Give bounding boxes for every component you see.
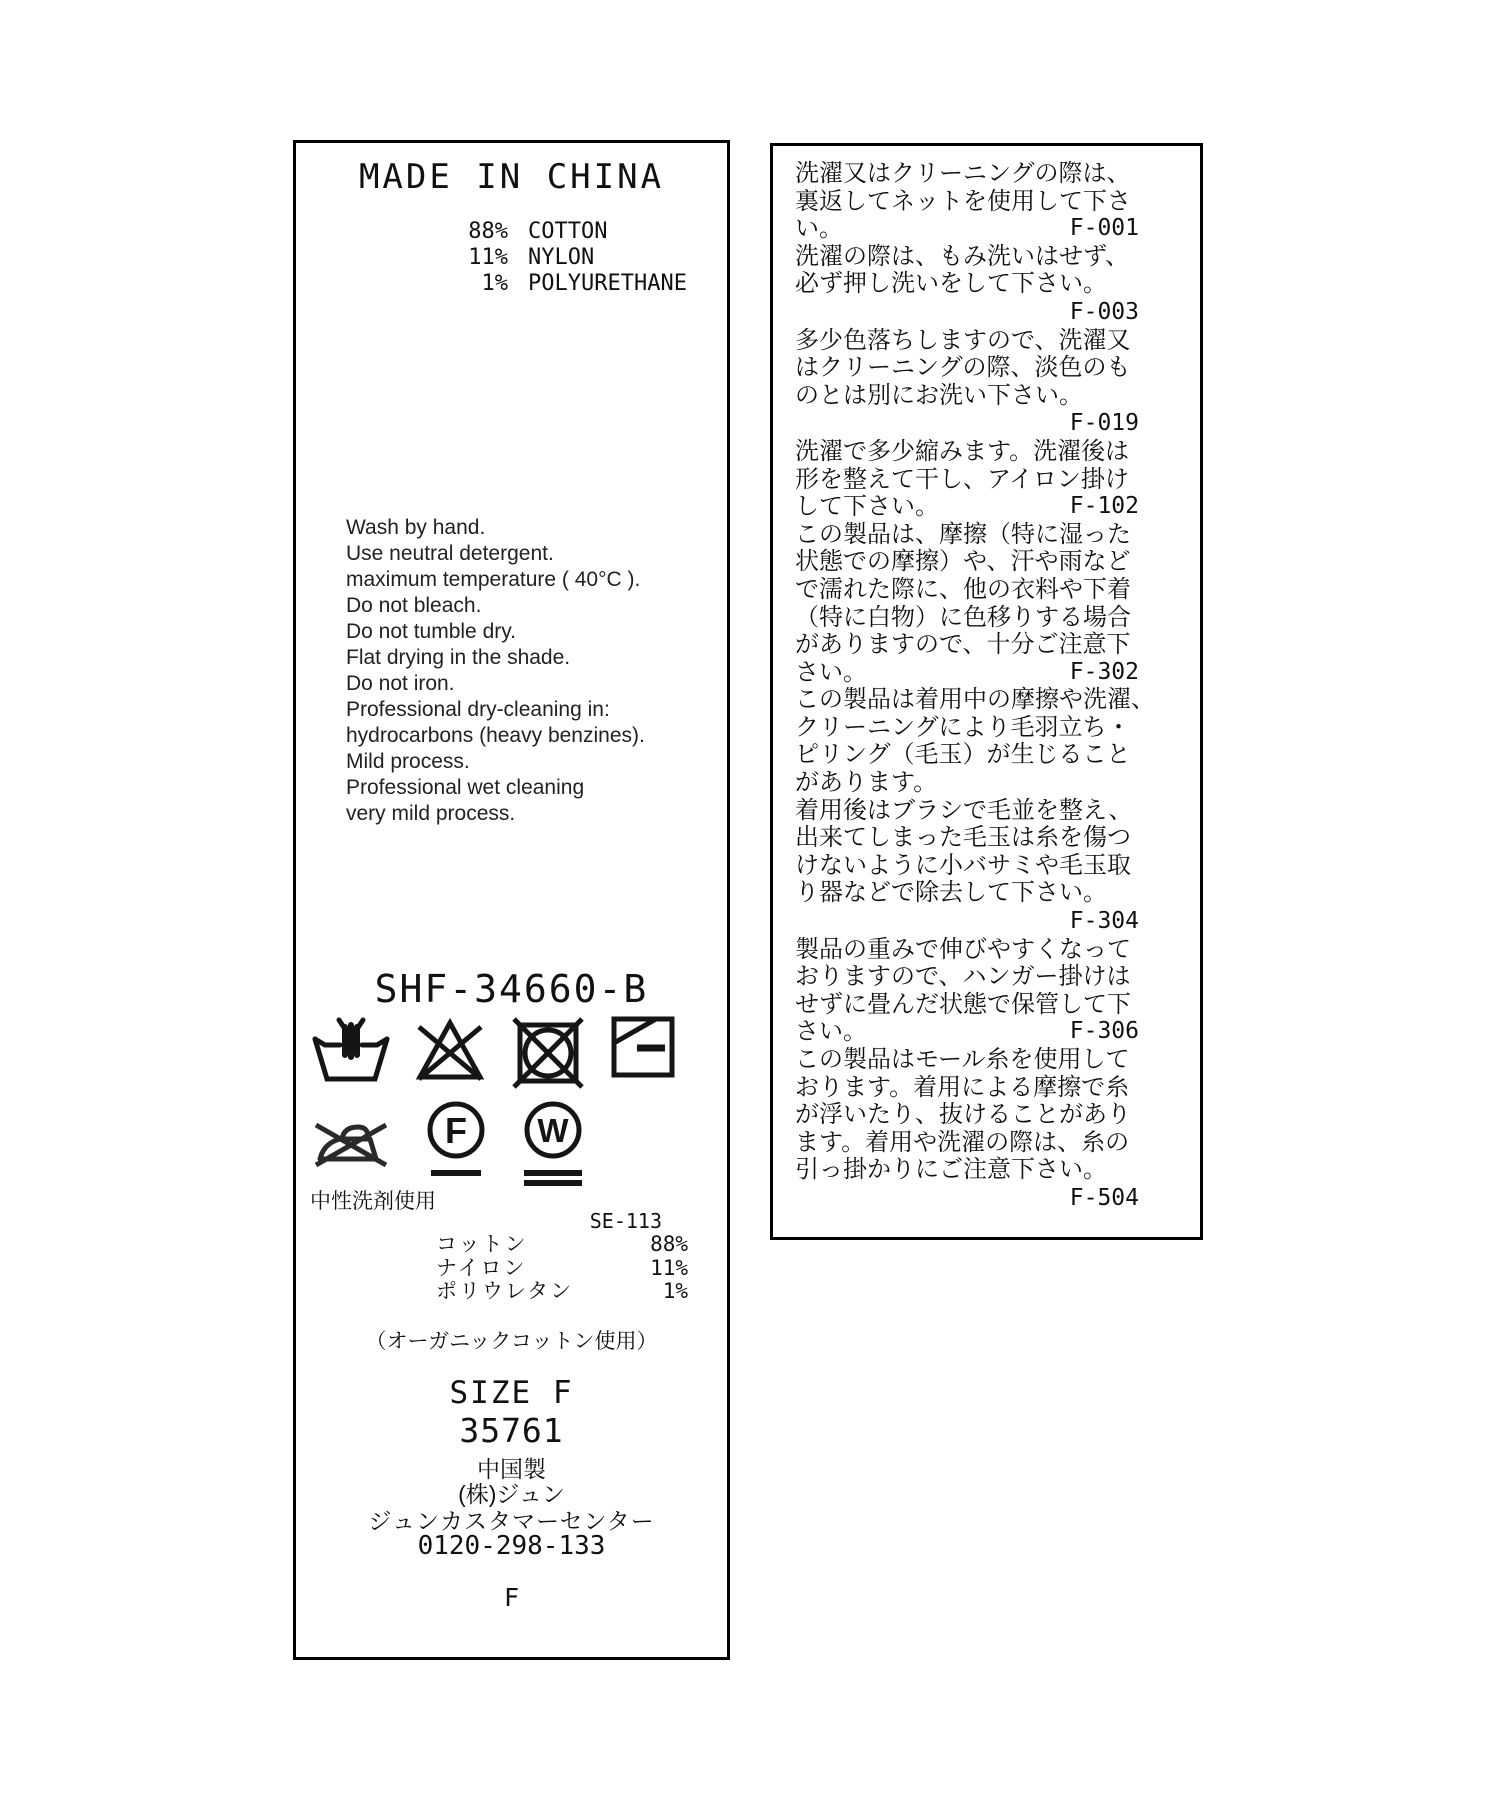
care-note-line: 洗濯の際は、もみ洗いはせず、 bbox=[795, 243, 1139, 271]
dry-flat-in-shade-icon bbox=[610, 1015, 676, 1079]
care-instruction-en-line: Professional wet cleaning bbox=[346, 775, 645, 801]
care-instruction-en-line: Flat drying in the shade. bbox=[346, 645, 645, 671]
care-note-line: けないように小バサミや毛玉取 bbox=[795, 852, 1139, 880]
care-note-line: して下さい。F-102 bbox=[795, 493, 1139, 521]
care-note-code-line: F-019 bbox=[795, 409, 1139, 438]
care-symbols-row-2: F W bbox=[312, 1101, 586, 1191]
composition-jp-row: コットン 88% bbox=[436, 1233, 688, 1257]
care-instruction-en-line: Mild process. bbox=[346, 749, 645, 775]
right-label-panel: 洗濯又はクリーニングの際は、裏返してネットを使用して下さい。F-001洗濯の際は… bbox=[770, 143, 1203, 1240]
care-note-line: がありますので、十分ご注意下 bbox=[795, 631, 1139, 659]
care-note-line: 状態での摩擦）や、汗や雨など bbox=[795, 548, 1139, 576]
organic-cotton-note: （オーガニックコットン使用） bbox=[296, 1325, 727, 1355]
composition-jp-row: ポリウレタン 1% bbox=[436, 1280, 688, 1304]
care-note-line: 多少色落ちしますので、洗濯又 bbox=[795, 327, 1139, 355]
care-note-line: 出来てしまった毛玉は糸を傷つ bbox=[795, 824, 1139, 852]
composition-en-row: 11% NYLON bbox=[296, 245, 727, 271]
care-note-text: して下さい。 bbox=[795, 493, 939, 521]
care-note-line: せずに畳んだ状態で保管して下 bbox=[795, 991, 1139, 1019]
composition-en-row: 1% POLYURETHANE bbox=[296, 271, 727, 297]
care-note-code-line: F-504 bbox=[795, 1184, 1139, 1213]
care-note-code-line: F-304 bbox=[795, 907, 1139, 936]
svg-text:F: F bbox=[445, 1110, 467, 1151]
care-note-line: 形を整えて干し、アイロン掛け bbox=[795, 466, 1139, 494]
composition-name: COTTON bbox=[528, 219, 607, 245]
care-note-code: F-304 bbox=[1070, 908, 1139, 934]
composition-pct: 88% bbox=[296, 219, 508, 245]
dry-clean-F-mild-icon: F bbox=[424, 1101, 488, 1183]
care-symbols-row-1 bbox=[312, 1015, 676, 1091]
care-note-line: り器などで除去して下さい。 bbox=[795, 879, 1139, 907]
care-instruction-en-line: Do not iron. bbox=[346, 671, 645, 697]
composition-pct: 1% bbox=[663, 1280, 688, 1304]
care-note-line: 洗濯又はクリーニングの際は、 bbox=[795, 160, 1139, 188]
hand-wash-icon bbox=[312, 1015, 390, 1085]
composition-name: ポリウレタン bbox=[436, 1280, 573, 1304]
care-label-scan: MADE IN CHINA 88% COTTON 11% NYLON 1% PO… bbox=[0, 0, 1500, 1800]
care-notes-jp: 洗濯又はクリーニングの際は、裏返してネットを使用して下さい。F-001洗濯の際は… bbox=[795, 160, 1139, 1213]
care-note-text: さい。 bbox=[795, 1018, 867, 1046]
care-note-line: おります。着用による摩擦で糸 bbox=[795, 1074, 1139, 1102]
care-note-line: この製品は着用中の摩擦や洗濯、 bbox=[795, 686, 1139, 714]
care-instruction-en-line: very mild process. bbox=[346, 801, 645, 827]
care-note-code: F-001 bbox=[1070, 215, 1139, 243]
composition-pct: 11% bbox=[296, 245, 508, 271]
care-note-line: 必ず押し洗いをして下さい。 bbox=[795, 270, 1139, 298]
se-code: SE-113 bbox=[296, 1209, 662, 1233]
size-label: SIZE F bbox=[296, 1375, 727, 1411]
care-instruction-en-line: Use neutral detergent. bbox=[346, 541, 645, 567]
composition-en-row: 88% COTTON bbox=[296, 219, 727, 245]
care-note-line: ます。着用や洗濯の際は、糸の bbox=[795, 1129, 1139, 1157]
care-instruction-en-line: Do not bleach. bbox=[346, 593, 645, 619]
composition-pct: 11% bbox=[650, 1257, 688, 1281]
care-note-line: この製品はモール糸を使用して bbox=[795, 1046, 1139, 1074]
care-note-line: （特に白物）に色移りする場合 bbox=[795, 604, 1139, 632]
care-note-line: クリーニングにより毛羽立ち・ bbox=[795, 714, 1139, 742]
care-note-code: F-306 bbox=[1070, 1018, 1139, 1046]
composition-name: ナイロン bbox=[436, 1257, 527, 1281]
care-note-code: F-019 bbox=[1070, 410, 1139, 436]
care-note-code: F-102 bbox=[1070, 493, 1139, 521]
care-note-line: はクリーニングの際、淡色のも bbox=[795, 354, 1139, 382]
do-not-bleach-icon bbox=[414, 1015, 486, 1085]
care-note-line: があります。 bbox=[795, 769, 1139, 797]
care-note-code: F-003 bbox=[1070, 299, 1139, 325]
care-note-line: 洗濯で多少縮みます。洗濯後は bbox=[795, 438, 1139, 466]
care-instruction-en-line: Wash by hand. bbox=[346, 515, 645, 541]
composition-name: NYLON bbox=[528, 245, 594, 271]
care-note-line: さい。F-306 bbox=[795, 1018, 1139, 1046]
care-note-code: F-302 bbox=[1070, 659, 1139, 687]
composition-jp-row: ナイロン 11% bbox=[436, 1257, 688, 1281]
composition-pct: 88% bbox=[650, 1233, 688, 1257]
composition-name: コットン bbox=[436, 1233, 528, 1257]
care-note-line: 引っ掛かりにご注意下さい。 bbox=[795, 1156, 1139, 1184]
care-note-code-line: F-003 bbox=[795, 298, 1139, 327]
care-note-text: い。 bbox=[795, 215, 843, 243]
care-note-code: F-504 bbox=[1070, 1185, 1139, 1211]
item-number: 35761 bbox=[296, 1411, 727, 1450]
care-note-line: おりますので、ハンガー掛けは bbox=[795, 963, 1139, 991]
care-note-line: 製品の重みで伸びやすくなって bbox=[795, 936, 1139, 964]
footer-letter: F bbox=[296, 1583, 727, 1612]
care-note-line: さい。F-302 bbox=[795, 659, 1139, 687]
care-note-text: さい。 bbox=[795, 659, 867, 687]
care-note-line: い。F-001 bbox=[795, 215, 1139, 243]
care-instruction-en-line: Professional dry-cleaning in: bbox=[346, 697, 645, 723]
composition-name: POLYURETHANE bbox=[528, 271, 687, 297]
wet-clean-W-very-mild-icon: W bbox=[520, 1101, 586, 1191]
composition-pct: 1% bbox=[296, 271, 508, 297]
care-note-line: が浮いたり、抜けることがあり bbox=[795, 1101, 1139, 1129]
care-instruction-en-line: Do not tumble dry. bbox=[346, 619, 645, 645]
care-note-line: のとは別にお洗い下さい。 bbox=[795, 382, 1139, 410]
care-note-line: 裏返してネットを使用して下さ bbox=[795, 188, 1139, 216]
composition-en-list: 88% COTTON 11% NYLON 1% POLYURETHANE bbox=[296, 219, 727, 297]
product-code: SHF-34660-B bbox=[296, 967, 727, 1011]
care-note-line: この製品は、摩擦（特に湿った bbox=[795, 521, 1139, 549]
care-instructions-en: Wash by hand. Use neutral detergent. max… bbox=[346, 515, 645, 827]
care-note-line: で濡れた際に、他の衣料や下着 bbox=[795, 576, 1139, 604]
made-in-title: MADE IN CHINA bbox=[296, 157, 727, 197]
customer-center-phone: 0120-298-133 bbox=[296, 1531, 727, 1561]
composition-jp-list: コットン 88% ナイロン 11% ポリウレタン 1% bbox=[436, 1233, 688, 1304]
do-not-tumble-dry-icon bbox=[510, 1015, 586, 1091]
do-not-iron-icon bbox=[312, 1111, 392, 1173]
left-label-panel: MADE IN CHINA 88% COTTON 11% NYLON 1% PO… bbox=[293, 140, 730, 1660]
care-instruction-en-line: maximum temperature ( 40°C ). bbox=[346, 567, 645, 593]
care-instruction-en-line: hydrocarbons (heavy benzines). bbox=[346, 723, 645, 749]
care-note-line: 着用後はブラシで毛並を整え、 bbox=[795, 797, 1139, 825]
care-note-line: ピリング（毛玉）が生じること bbox=[795, 741, 1139, 769]
svg-text:W: W bbox=[537, 1112, 569, 1149]
